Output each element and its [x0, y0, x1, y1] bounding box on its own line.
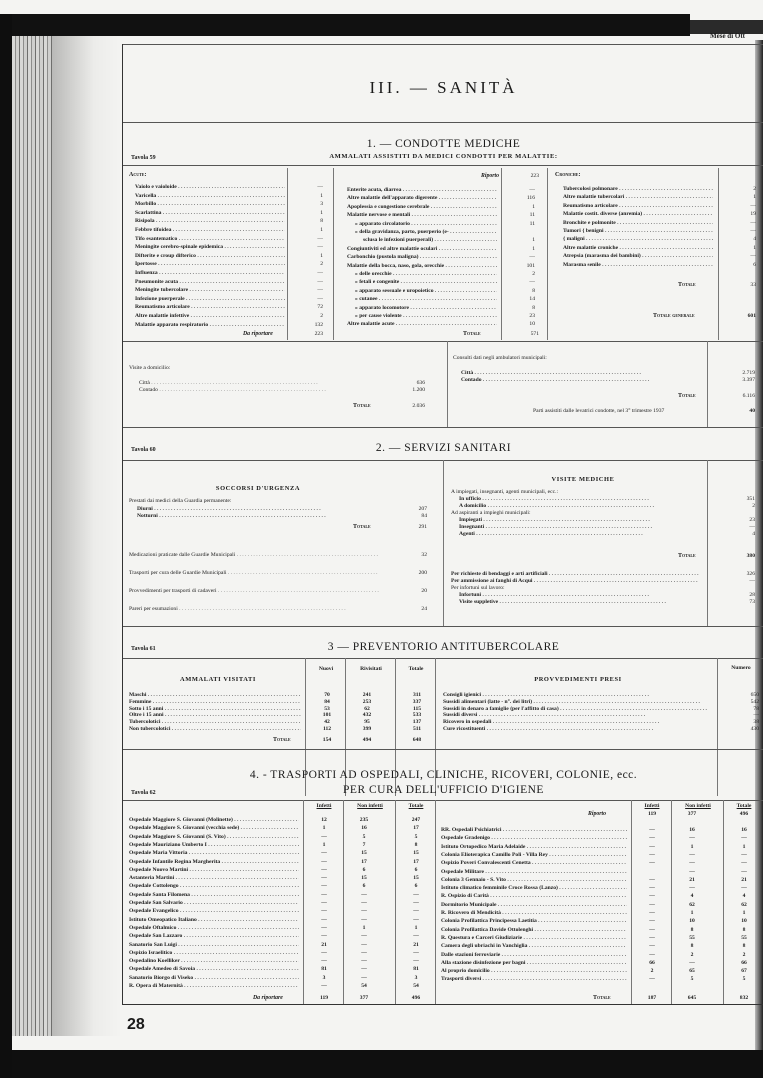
table-number: Tavola 59 — [131, 155, 156, 161]
row-label: Ospedale San Salvario — [129, 900, 299, 907]
row-value: — — [633, 860, 671, 867]
transport-row: Ospedale Maggiore S. Giovanni (S. Vito) — [129, 834, 299, 841]
row-value: 8 — [673, 943, 711, 950]
chronic-heading: Croniche: — [555, 172, 580, 179]
row-value: 10 — [673, 918, 711, 925]
transport-row: Colonia 3 Gennaio - S. Vito — [441, 877, 627, 884]
row-value: 4 — [728, 236, 756, 243]
row-value: — — [507, 187, 535, 194]
acute2-row: » della gravidanza, parto, puerperio (e- — [355, 229, 497, 236]
row-label: Ospedale Militare — [441, 869, 627, 876]
row-value: — — [295, 296, 323, 303]
row-value: 5 — [725, 976, 763, 983]
column-header: Nuovi — [307, 666, 345, 672]
transport-row: Ospedale Infantile Regina Margherita — [129, 859, 299, 866]
row-value: — — [633, 852, 671, 859]
row-value: 8 — [397, 842, 435, 849]
home-total-label: Totale — [353, 403, 371, 410]
row-label: Contado — [461, 377, 701, 384]
row-label: Ospizio Israelitico — [129, 950, 299, 957]
transport-row: Ospizio Poveri Convalescenti Cenetta — [441, 860, 627, 867]
riporto-value: 496 — [725, 811, 763, 818]
row-value: — — [345, 933, 383, 940]
row-value: — — [723, 524, 755, 531]
acute2-row: Carbonchio (pustola maligna) — [347, 254, 497, 261]
row-label: Provvedimenti per trasporti di cadaveri — [129, 588, 379, 595]
total-value: 571 — [511, 331, 539, 338]
acute-row: Meningite cerebro-spinale epidemica — [135, 244, 285, 251]
row-label: » della gravidanza, parto, puerperio (e- — [355, 229, 497, 236]
row-label: Agenti — [459, 531, 699, 538]
row-value: — — [397, 933, 435, 940]
row-value: — — [305, 933, 343, 940]
chronic-row: Malattie costit. diverse (anremia) — [563, 211, 713, 218]
row-label: Febbre tifoidea — [135, 227, 285, 234]
row-label: Tubercolosi polmonare — [563, 186, 713, 193]
row-value: — — [345, 900, 383, 907]
chronic-row: Marasma senile — [563, 262, 713, 269]
row-value: 1 — [673, 910, 711, 917]
transport-row: Al proprio domicilio — [441, 968, 627, 975]
acute-row: Tifo esantematico — [135, 236, 285, 243]
row-value: — — [725, 852, 763, 859]
row-value: 1 — [673, 844, 711, 851]
acute2-row: Malattie nervose e mentali — [347, 212, 497, 219]
row-value: — — [633, 935, 671, 942]
acute2-row: Malattie della bocca, naso, gola, orecch… — [347, 263, 497, 270]
row-value: — — [673, 960, 711, 967]
row-value: 10 — [507, 321, 535, 328]
row-label: Trasporti diversi — [441, 976, 627, 983]
row-value: — — [633, 927, 671, 934]
row-value: 8 — [725, 927, 763, 934]
row-value: — — [633, 844, 671, 851]
row-value: — — [728, 220, 756, 227]
row-value: — — [633, 827, 671, 834]
row-value: — — [295, 236, 323, 243]
medical-visits-heading: VISITE MEDICHE — [453, 476, 713, 483]
column-header: Rivisitati — [347, 666, 395, 672]
row-value: — — [728, 253, 756, 260]
row-value: 54 — [397, 983, 435, 990]
book-top-edge — [0, 14, 690, 36]
row-label: R. Ricovero di Mendicità — [441, 910, 627, 917]
row-label: Reumatismo articolare — [563, 203, 713, 210]
row-value: — — [397, 917, 435, 924]
carry-label: Da riportare — [243, 331, 273, 338]
row-value: — — [295, 184, 323, 191]
row-value: — — [633, 902, 671, 909]
row-value: 1 — [728, 194, 756, 201]
row-value: — — [633, 952, 671, 959]
row-label: Ipertosse — [135, 261, 285, 268]
row-value: — — [305, 859, 343, 866]
row-value: 200 — [403, 570, 427, 577]
row-value: — — [507, 279, 535, 286]
transport-row: Alla stazione disinfezione per bagni — [441, 960, 627, 967]
row-value: 5 — [673, 976, 711, 983]
row-value: — — [633, 885, 671, 892]
row-value: — — [397, 900, 435, 907]
row-label: Camera degli ubriachi in Vanchiglia — [441, 943, 627, 950]
row-value: 32 — [403, 552, 427, 559]
chronic-row: Atrepsia (marasma dei bambini) — [563, 253, 713, 260]
acute-row: Meningite tubercolare — [135, 287, 285, 294]
row-value: 62 — [725, 902, 763, 909]
row-label: Istituto Omeopatico Italiano — [129, 917, 299, 924]
row-label: Malattie costit. diverse (anremia) — [563, 211, 713, 218]
row-value: — — [295, 279, 323, 286]
row-value: 116 — [507, 195, 535, 202]
row-label: Vaiolo e vaioloide — [135, 184, 285, 191]
chronic-row: Tubercolosi polmonare — [563, 186, 713, 193]
chapter-title: III. — SANITÀ — [123, 78, 763, 98]
medical-row: Impiegati — [459, 517, 699, 524]
emergency-extra-row: Trasporti per cura delle Guardie Municip… — [129, 570, 379, 577]
acute2-row: » fetali e congenite — [355, 279, 497, 286]
row-label: Ospedale Oftalmico — [129, 925, 299, 932]
row-value: 112 — [307, 726, 347, 733]
row-value: 17 — [345, 859, 383, 866]
row-label: Pareri per esumazioni — [129, 606, 379, 613]
row-label: Scarlattina — [135, 210, 285, 217]
row-value: 16 — [673, 827, 711, 834]
row-label: Ospedale Infantile Regina Margherita — [129, 859, 299, 866]
row-label: Per richieste di bendaggi e arti artific… — [451, 571, 699, 578]
acute-row: Malattie apparato respiratorio — [135, 322, 285, 329]
acute2-row: Enterite acuta, diarrea — [347, 187, 497, 194]
row-label: Meningite tubercolare — [135, 287, 285, 294]
riporto-value: 377 — [673, 811, 711, 818]
row-value: 73 — [723, 599, 755, 606]
section4-title-line2: PER CURA DELL'UFFICIO D'IGIENE — [123, 784, 763, 796]
row-value: 23 — [723, 517, 755, 524]
row-value: 2 — [725, 952, 763, 959]
row-label: Malattie apparato respiratorio — [135, 322, 285, 329]
acute2-row: » per cause violente — [355, 313, 497, 320]
row-label: Impiegati — [459, 517, 699, 524]
riporto-label: Riporto — [481, 173, 499, 180]
chronic-total-label: Totale — [678, 282, 696, 289]
acute2-row: » apparato locomotore — [355, 305, 497, 312]
row-label: » apparato locomotore — [355, 305, 497, 312]
row-value: 66 — [725, 960, 763, 967]
row-label: Influenza — [135, 270, 285, 277]
medical-extra-row: Per ammissione ai fanghi di Acqui — [451, 578, 699, 585]
row-value: 132 — [295, 322, 323, 329]
row-value: — — [723, 578, 755, 585]
row-label: Marasma senile — [563, 262, 713, 269]
row-label: Ospedale Mauriziano Umberto I — [129, 842, 299, 849]
row-value: 62 — [673, 902, 711, 909]
row-value: — — [305, 850, 343, 857]
row-value: — — [633, 877, 671, 884]
medical-group2: Ad aspiranti a impieghi municipali: — [451, 510, 531, 517]
chronic-row: Altre malattie tubercolari — [563, 194, 713, 201]
transport-row: Ospedale Oftalmico — [129, 925, 299, 932]
left-carry-label: Da riportare — [253, 995, 283, 1002]
row-label: Ospedale Evangelico — [129, 908, 299, 915]
row-value: 10 — [725, 918, 763, 925]
row-label: Tumori { benigni — [563, 228, 713, 235]
row-value: — — [633, 943, 671, 950]
row-value: 3 — [305, 975, 343, 982]
table-number: Tavola 62 — [131, 790, 156, 796]
row-label: Colonia 3 Gennaio - S. Vito — [441, 877, 627, 884]
acute-row: Ipertosse — [135, 261, 285, 268]
section1-subtitle: AMMALATI ASSISTITI DA MEDICI CONDOTTI PE… — [123, 153, 763, 160]
patients-total-value: 494 — [347, 737, 387, 744]
transport-row: R. Ricovero di Mendicità — [441, 910, 627, 917]
row-label: Bronchite e polmonite — [563, 220, 713, 227]
row-value: 5 — [345, 834, 383, 841]
row-value: 6 — [397, 867, 435, 874]
consult-row: Contado — [461, 377, 701, 384]
row-value: — — [305, 867, 343, 874]
row-value: 15 — [345, 875, 383, 882]
row-value: — — [345, 975, 383, 982]
row-value: 20 — [403, 588, 427, 595]
row-value: 17 — [397, 859, 435, 866]
row-value: 66 — [633, 960, 671, 967]
row-value: — — [397, 892, 435, 899]
row-label: Insegnanti — [459, 524, 699, 531]
row-value: — — [725, 869, 763, 876]
row-value: — — [728, 228, 756, 235]
row-label: Visite suppletive — [459, 599, 699, 606]
row-value: 3.397 — [723, 377, 755, 384]
patients-row: Non tubercolotici — [129, 726, 301, 733]
row-value: — — [673, 852, 711, 859]
section1-title: 1. — CONDOTTE MEDICHE — [123, 138, 763, 150]
row-label: » apparato sessuale e uropoietico — [355, 288, 497, 295]
acute2-row: Altre malattie dell'apparato digerente — [347, 195, 497, 202]
row-label: Diurni — [137, 506, 377, 513]
row-value: 2 — [633, 968, 671, 975]
acute2-row: » apparato sessuale e uropoietico — [355, 288, 497, 295]
row-value: 21 — [305, 942, 343, 949]
emergency-heading: SOCCORSI D'URGENZA — [143, 485, 373, 492]
row-value: 1 — [725, 910, 763, 917]
row-label: R. Opera di Maternità — [129, 983, 299, 990]
row-value: — — [633, 918, 671, 925]
transport-row: R. Questura e Carceri Giudiziarie — [441, 935, 627, 942]
row-label: Ospedale San Lazzaro — [129, 933, 299, 940]
row-label: Infortuni — [459, 592, 699, 599]
running-header: Mese di Ott — [710, 32, 745, 40]
column-header: Totale — [397, 803, 435, 809]
section2-title: 2. — SERVIZI SANITARI — [123, 442, 763, 454]
consults-total-value: 6.116 — [723, 393, 755, 400]
row-value: 54 — [345, 983, 383, 990]
row-value: 2 — [728, 186, 756, 193]
transport-total-value: 645 — [673, 995, 711, 1002]
transport-row: Camera degli ubriachi in Vanchiglia — [441, 943, 627, 950]
row-label: Contado — [139, 387, 409, 394]
row-value: 511 — [397, 726, 437, 733]
row-label: Ospedale Maggiore S. Giovanni (vecchia s… — [129, 825, 299, 832]
emergency-extra-row: Medicazioni praticate dalle Guardie Muni… — [129, 552, 379, 559]
row-label: Sanatorio San Luigi — [129, 942, 299, 949]
row-label: Varicella — [135, 193, 285, 200]
transport-row: Colonia Profilattica Principessa Laetiti… — [441, 918, 627, 925]
acute2-row: Apoplessia e congestione cerebrale — [347, 204, 497, 211]
row-value: — — [633, 976, 671, 983]
row-value: — — [345, 966, 383, 973]
acute-row: Influenza — [135, 270, 285, 277]
row-label: » fetali e congenite — [355, 279, 497, 286]
row-value: 326 — [723, 571, 755, 578]
row-value: 4 — [723, 531, 755, 538]
acute-heading: Acute: — [129, 172, 146, 179]
row-value: — — [397, 908, 435, 915]
row-label: Ospedale Maggiore S. Giovanni (S. Vito) — [129, 834, 299, 841]
transport-row: Sanatorio Biorgo di Viseko — [129, 975, 299, 982]
row-value: 1 — [345, 925, 383, 932]
gutter-shadow — [52, 36, 122, 1036]
row-label: Istituto climatico femminile Croce Rossa… — [441, 885, 627, 892]
row-value: — — [295, 287, 323, 294]
consult-row: Città — [461, 370, 701, 377]
transport-row: Astanteria Martini — [129, 875, 299, 882]
row-value: — — [295, 270, 323, 277]
row-label: Città — [139, 380, 409, 387]
row-value: 81 — [397, 966, 435, 973]
row-label: Atrepsia (marasma dei bambini) — [563, 253, 713, 260]
row-value: — — [725, 885, 763, 892]
row-value: 16 — [345, 825, 383, 832]
home-visit-row: Città — [139, 380, 409, 387]
row-value: — — [397, 950, 435, 957]
row-label: Ospedale Maggiore S. Giovanni (Molinette… — [129, 817, 299, 824]
row-value: 6 — [345, 867, 383, 874]
transport-row: Ospizio Israelitico — [129, 950, 299, 957]
consults-total-label: Totale — [678, 393, 696, 400]
row-value: — — [305, 917, 343, 924]
transport-row: Sanatorio San Luigi — [129, 942, 299, 949]
row-label: Congiuntiviti ed altre malattie oculari — [347, 246, 497, 253]
row-label: Ospedale Nuovo Martini — [129, 867, 299, 874]
row-label: Istituto Ortopedico Maria Adelaide — [441, 844, 627, 851]
row-value: — — [673, 835, 711, 842]
row-value: 11 — [507, 221, 535, 228]
row-value: — — [345, 917, 383, 924]
home-total-value: 2.036 — [393, 403, 425, 410]
row-value: — — [507, 254, 535, 261]
row-value: — — [673, 869, 711, 876]
row-value: 3 — [397, 975, 435, 982]
row-label: Cure ricostituenti — [443, 726, 708, 733]
chronic-row: Reumatismo articolare — [563, 203, 713, 210]
row-value: 8 — [673, 927, 711, 934]
row-value: 399 — [347, 726, 387, 733]
row-value: 81 — [305, 966, 343, 973]
table-number: Tavola 61 — [131, 646, 156, 652]
transport-row: Ospedale Evangelico — [129, 908, 299, 915]
medical-group3: Per infortuni sul lavoro: — [451, 585, 505, 592]
row-value: 8 — [295, 218, 323, 225]
row-value: — — [305, 983, 343, 990]
acute-diseases-table-2: Enterite acuta, diarrea—Altre malattie d… — [341, 187, 541, 337]
column-header: Infetti — [633, 803, 671, 809]
row-value: 6 — [728, 262, 756, 269]
row-label: Malattie nervose e mentali — [347, 212, 497, 219]
acute-row: Reumatismo articolare — [135, 304, 285, 311]
grand-total-label: Totale generale — [653, 313, 695, 320]
row-label: Colonia Elioterapica Camillo Poli - Vill… — [441, 852, 627, 859]
transport-row: Ospedale Militare — [441, 869, 627, 876]
transport-total-value: 832 — [725, 995, 763, 1002]
column-header: Totale — [397, 666, 435, 672]
row-value: 28 — [723, 592, 755, 599]
medical-row: Agenti — [459, 531, 699, 538]
row-label: Difterite e croup difterico — [135, 253, 285, 260]
row-label: In ufficio — [459, 496, 699, 503]
births-value: 40 — [723, 408, 755, 415]
chronic-row: Bronchite e polmonite — [563, 220, 713, 227]
row-value: 11 — [507, 212, 535, 219]
row-value: 15 — [345, 850, 383, 857]
row-label: Colonia Profilattica Principessa Laetiti… — [441, 918, 627, 925]
row-label: Ospedalino Koelliker — [129, 958, 299, 965]
row-value: 1 — [728, 245, 756, 252]
row-value: 24 — [403, 606, 427, 613]
acute2-row: sclusa le infezioni puerperali) — [363, 237, 497, 244]
row-value: 430 — [723, 726, 759, 733]
transport-row: Ospedale Maria Vittoria — [129, 850, 299, 857]
medical-row: A domicilio — [459, 503, 699, 510]
row-value: 235 — [345, 817, 383, 824]
row-value: — — [305, 875, 343, 882]
medical-total-label: Totale — [678, 553, 696, 560]
riporto-value: 119 — [633, 811, 671, 818]
row-value: 2 — [673, 952, 711, 959]
row-value: 2 — [295, 313, 323, 320]
acute-row: Vaiolo e vaioloide — [135, 184, 285, 191]
transport-row: Ospedale Amedeo di Savoia — [129, 966, 299, 973]
row-value: 1 — [305, 842, 343, 849]
column-header: Non infetti — [673, 803, 723, 809]
transport-row: Colonia Profilattica Davide Ottolenghi — [441, 927, 627, 934]
row-label: Malattie della bocca, naso, gola, orecch… — [347, 263, 497, 270]
row-value: — — [305, 958, 343, 965]
patients-heading: AMMALATI VISITATI — [133, 676, 303, 683]
medical-row: Infortuni — [459, 592, 699, 599]
row-label: Ospedale Maria Vittoria — [129, 850, 299, 857]
emergency-extra-row: Provvedimenti per trasporti di cadaveri — [129, 588, 379, 595]
transport-total-label: Totale — [593, 995, 611, 1002]
row-value: — — [345, 958, 383, 965]
row-value: — — [305, 892, 343, 899]
row-value: 3 — [295, 201, 323, 208]
row-value: — — [295, 244, 323, 251]
chronic-row: Tumori { benigni — [563, 228, 713, 235]
births-label: Parti assistiti dalle levatrici condotte… — [533, 408, 664, 415]
row-label: R. Questura e Carceri Giudiziarie — [441, 935, 627, 942]
row-value: 351 — [723, 496, 755, 503]
transport-row: Trasporti diversi — [441, 976, 627, 983]
row-value: 5 — [397, 834, 435, 841]
row-label: » apparato circolatorio — [355, 221, 497, 228]
row-label: Reumatismo articolare — [135, 304, 285, 311]
row-value: — — [305, 834, 343, 841]
row-value: 6 — [345, 883, 383, 890]
row-value: 84 — [403, 513, 427, 520]
row-value: 65 — [673, 968, 711, 975]
row-value: 1 — [507, 237, 535, 244]
acute-row: Infezione puerperale — [135, 296, 285, 303]
row-value: 15 — [397, 850, 435, 857]
